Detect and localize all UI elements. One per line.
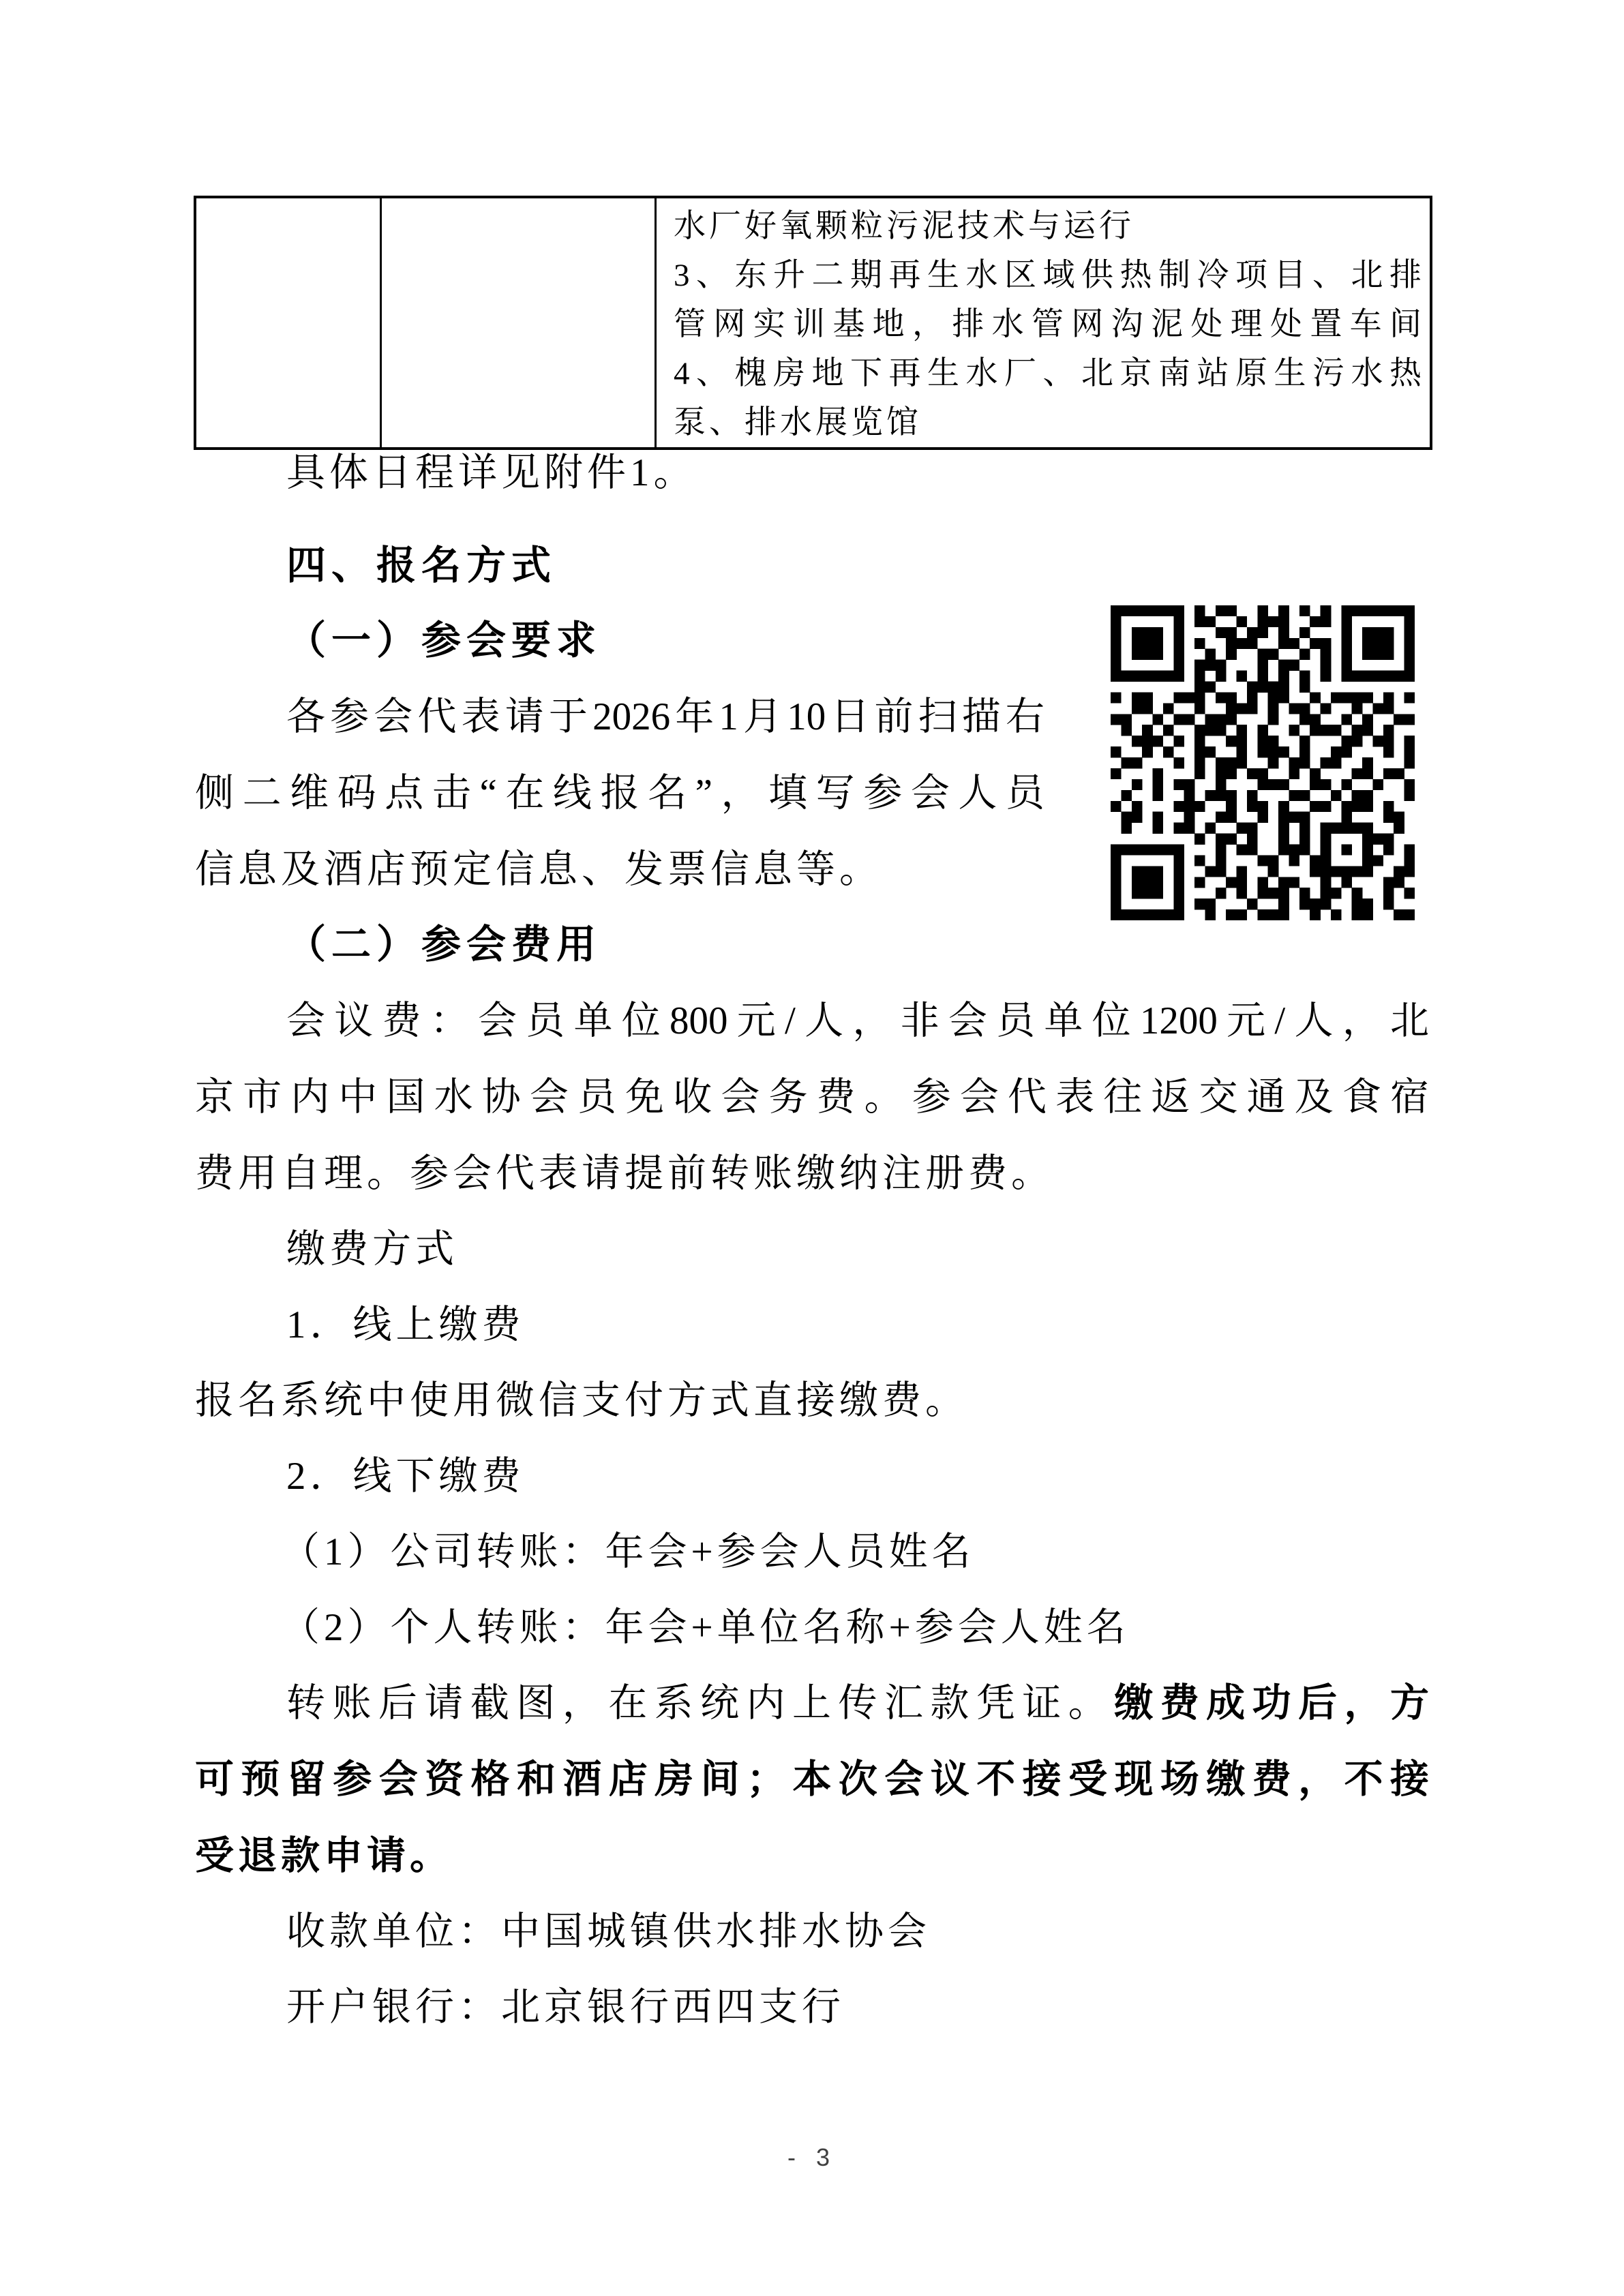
paragraph-line: 受退款申请。 (195, 1828, 453, 1885)
table-column-divider (655, 198, 657, 447)
transfer-normal-text: 转账后请截图，在系统内上传汇款凭证。 (286, 1682, 1114, 1725)
table-line: 4、槐房地下再生水厂、北京南站原生污水热 (674, 349, 1422, 398)
offline-option-1: （1）公司转账：年会+参会人员姓名 (281, 1524, 975, 1581)
registration-qr-code (1111, 605, 1415, 920)
table-column-divider (380, 198, 382, 447)
offline-option-2: （2）个人转账：年会+单位名称+参会人姓名 (281, 1599, 1130, 1657)
schedule-note: 具体日程详见附件1。 (286, 444, 697, 502)
paragraph-line: 可预留参会资格和酒店房间；本次会议不接受现场缴费，不接 (195, 1751, 1429, 1809)
bank-line: 开户银行：北京银行西四支行 (286, 1979, 845, 2036)
transfer-bold-text: 缴费成功后，方 (1114, 1682, 1429, 1725)
paragraph-line: 侧二维码点击“在线报名”，填写参会人员 (195, 765, 1044, 822)
list-item-offline: 2．线下缴费 (286, 1448, 525, 1505)
table-line: 管网实训基地，排水管网沟泥处理处置车间 (674, 300, 1422, 349)
document-page: 水厂好氧颗粒污泥技术与运行 3、东升二期再生水区域供热制冷项目、北排 管网实训基… (0, 0, 1624, 2296)
list-item-online: 1．线上缴费 (286, 1297, 525, 1354)
schedule-table: 水厂好氧颗粒污泥技术与运行 3、东升二期再生水区域供热制冷项目、北排 管网实训基… (194, 196, 1432, 450)
subsection-heading-1: （一）参会要求 (286, 612, 601, 669)
footer-page-number: - 3 (0, 2137, 1624, 2178)
table-cell-visits: 水厂好氧颗粒污泥技术与运行 3、东升二期再生水区域供热制冷项目、北排 管网实训基… (674, 202, 1422, 447)
table-line: 3、东升二期再生水区域供热制冷项目、北排 (674, 251, 1422, 300)
paragraph-line: 费用自理。参会代表请提前转账缴纳注册费。 (195, 1145, 1054, 1203)
paragraph-line: 会议费：会员单位800元/人，非会员单位1200元/人，北 (195, 993, 1429, 1050)
payment-method-label: 缴费方式 (286, 1221, 458, 1278)
subsection-heading-2: （二）参会费用 (286, 916, 601, 973)
section-heading-4: 四、报名方式 (286, 537, 556, 594)
paragraph-line: 各参会代表请于2026年1月10日前扫描右 (195, 689, 1044, 746)
paragraph-line: 京市内中国水协会员免收会务费。参会代表往返交通及食宿 (195, 1069, 1429, 1126)
online-desc: 报名系统中使用微信支付方式直接缴费。 (195, 1372, 968, 1430)
payee-line: 收款单位：中国城镇供水排水协会 (286, 1903, 931, 1961)
table-line: 泵、排水展览馆 (674, 398, 1422, 447)
paragraph-line: 转账后请截图，在系统内上传汇款凭证。缴费成功后，方 (195, 1675, 1429, 1732)
paragraph-line: 信息及酒店预定信息、发票信息等。 (195, 841, 882, 898)
table-line: 水厂好氧颗粒污泥技术与运行 (674, 202, 1422, 251)
